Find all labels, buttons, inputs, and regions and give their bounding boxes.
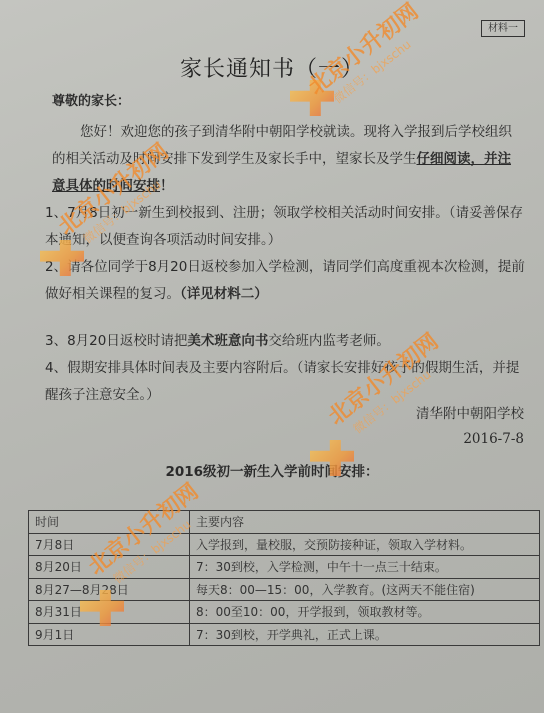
intro-paragraph: 您好！欢迎您的孩子到清华附中朝阳学校就读。现将入学报到后学校组织的相关活动及时间… — [52, 119, 522, 200]
signature-date: 2016-7-8 — [463, 431, 524, 447]
document-title: 家长通知书（一） — [0, 52, 544, 83]
item-number: 1、 — [45, 205, 67, 221]
row-content: 每天8：00—15：00，入学教育。(这两天不能住宿) — [190, 578, 540, 601]
row-date: 8月27—8月28日 — [29, 578, 190, 601]
row-date: 8月20日 — [29, 556, 190, 579]
table-row: 9月1日 7：30到校，开学典礼，正式上课。 — [29, 623, 540, 646]
row-date: 9月1日 — [29, 623, 190, 646]
notice-item-3: 3、8月20日返校时请把美术班意向书交给班内监考老师。 — [45, 328, 525, 355]
notice-item-2: 2、请各位同学于8月20日返校参加入学检测，请同学们高度重视本次检测，提前做好相… — [45, 254, 525, 308]
item-text: 假期安排具体时间表及主要内容附后。（请家长安排好孩子的假期生活，并提醒孩子注意安… — [45, 360, 519, 403]
table-row: 8月20日 7：30到校，入学检测，中午十一点三十结束。 — [29, 556, 540, 579]
item-bold: 美术班意向书 — [187, 333, 268, 349]
header-content: 主要内容 — [190, 511, 540, 534]
row-date: 8月31日 — [29, 601, 190, 624]
row-content: 入学报到，量校服，交预防接种证，领取入学材料。 — [190, 533, 540, 556]
table-row: 8月31日 8：00至10：00，开学报到，领取教材等。 — [29, 601, 540, 624]
schedule-title: 2016级初一新生入学前时间安排： — [0, 460, 544, 480]
item-text: 7月8日初一新生到校报到、注册；领取学校相关活动时间安排。（请妥善保存本通知，以… — [45, 205, 523, 248]
watermark-logo-icon — [290, 80, 334, 116]
row-content: 8：00至10：00，开学报到，领取教材等。 — [190, 601, 540, 624]
document-page: 材料一 家长通知书（一） 尊敬的家长： 您好！欢迎您的孩子到清华附中朝阳学校就读… — [0, 0, 544, 713]
item-bold-suffix: （详见材料二） — [180, 286, 268, 302]
header-time: 时间 — [29, 511, 190, 534]
item-number: 4、 — [45, 360, 67, 376]
table-row: 8月27—8月28日 每天8：00—15：00，入学教育。(这两天不能住宿) — [29, 578, 540, 601]
school-signature: 清华附中朝阳学校 — [416, 402, 524, 422]
schedule-table: 时间 主要内容 7月8日 入学报到，量校服，交预防接种证，领取入学材料。 8月2… — [28, 510, 540, 646]
notice-item-4: 4、假期安排具体时间表及主要内容附后。（请家长安排好孩子的假期生活，并提醒孩子注… — [45, 355, 525, 409]
greeting: 尊敬的家长： — [52, 90, 130, 109]
item-text-before: 8月20日返校时请把 — [67, 333, 187, 349]
table-row: 7月8日 入学报到，量校服，交预防接种证，领取入学材料。 — [29, 533, 540, 556]
watermark-text: 北京小升初网 — [301, 0, 424, 101]
item-text: 请各位同学于8月20日返校参加入学检测，请同学们高度重视本次检测，提前做好相关课… — [45, 259, 525, 302]
row-date: 7月8日 — [29, 533, 190, 556]
item-text-after: 交给班内监考老师。 — [268, 333, 390, 349]
intro-end: ！ — [160, 178, 174, 194]
material-tag: 材料一 — [481, 20, 525, 37]
item-number: 3、 — [45, 333, 67, 349]
notice-item-1: 1、7月8日初一新生到校报到、注册；领取学校相关活动时间安排。（请妥善保存本通知… — [45, 200, 525, 254]
table-header-row: 时间 主要内容 — [29, 511, 540, 534]
row-content: 7：30到校，开学典礼，正式上课。 — [190, 623, 540, 646]
item-number: 2、 — [45, 259, 67, 275]
row-content: 7：30到校，入学检测，中午十一点三十结束。 — [190, 556, 540, 579]
